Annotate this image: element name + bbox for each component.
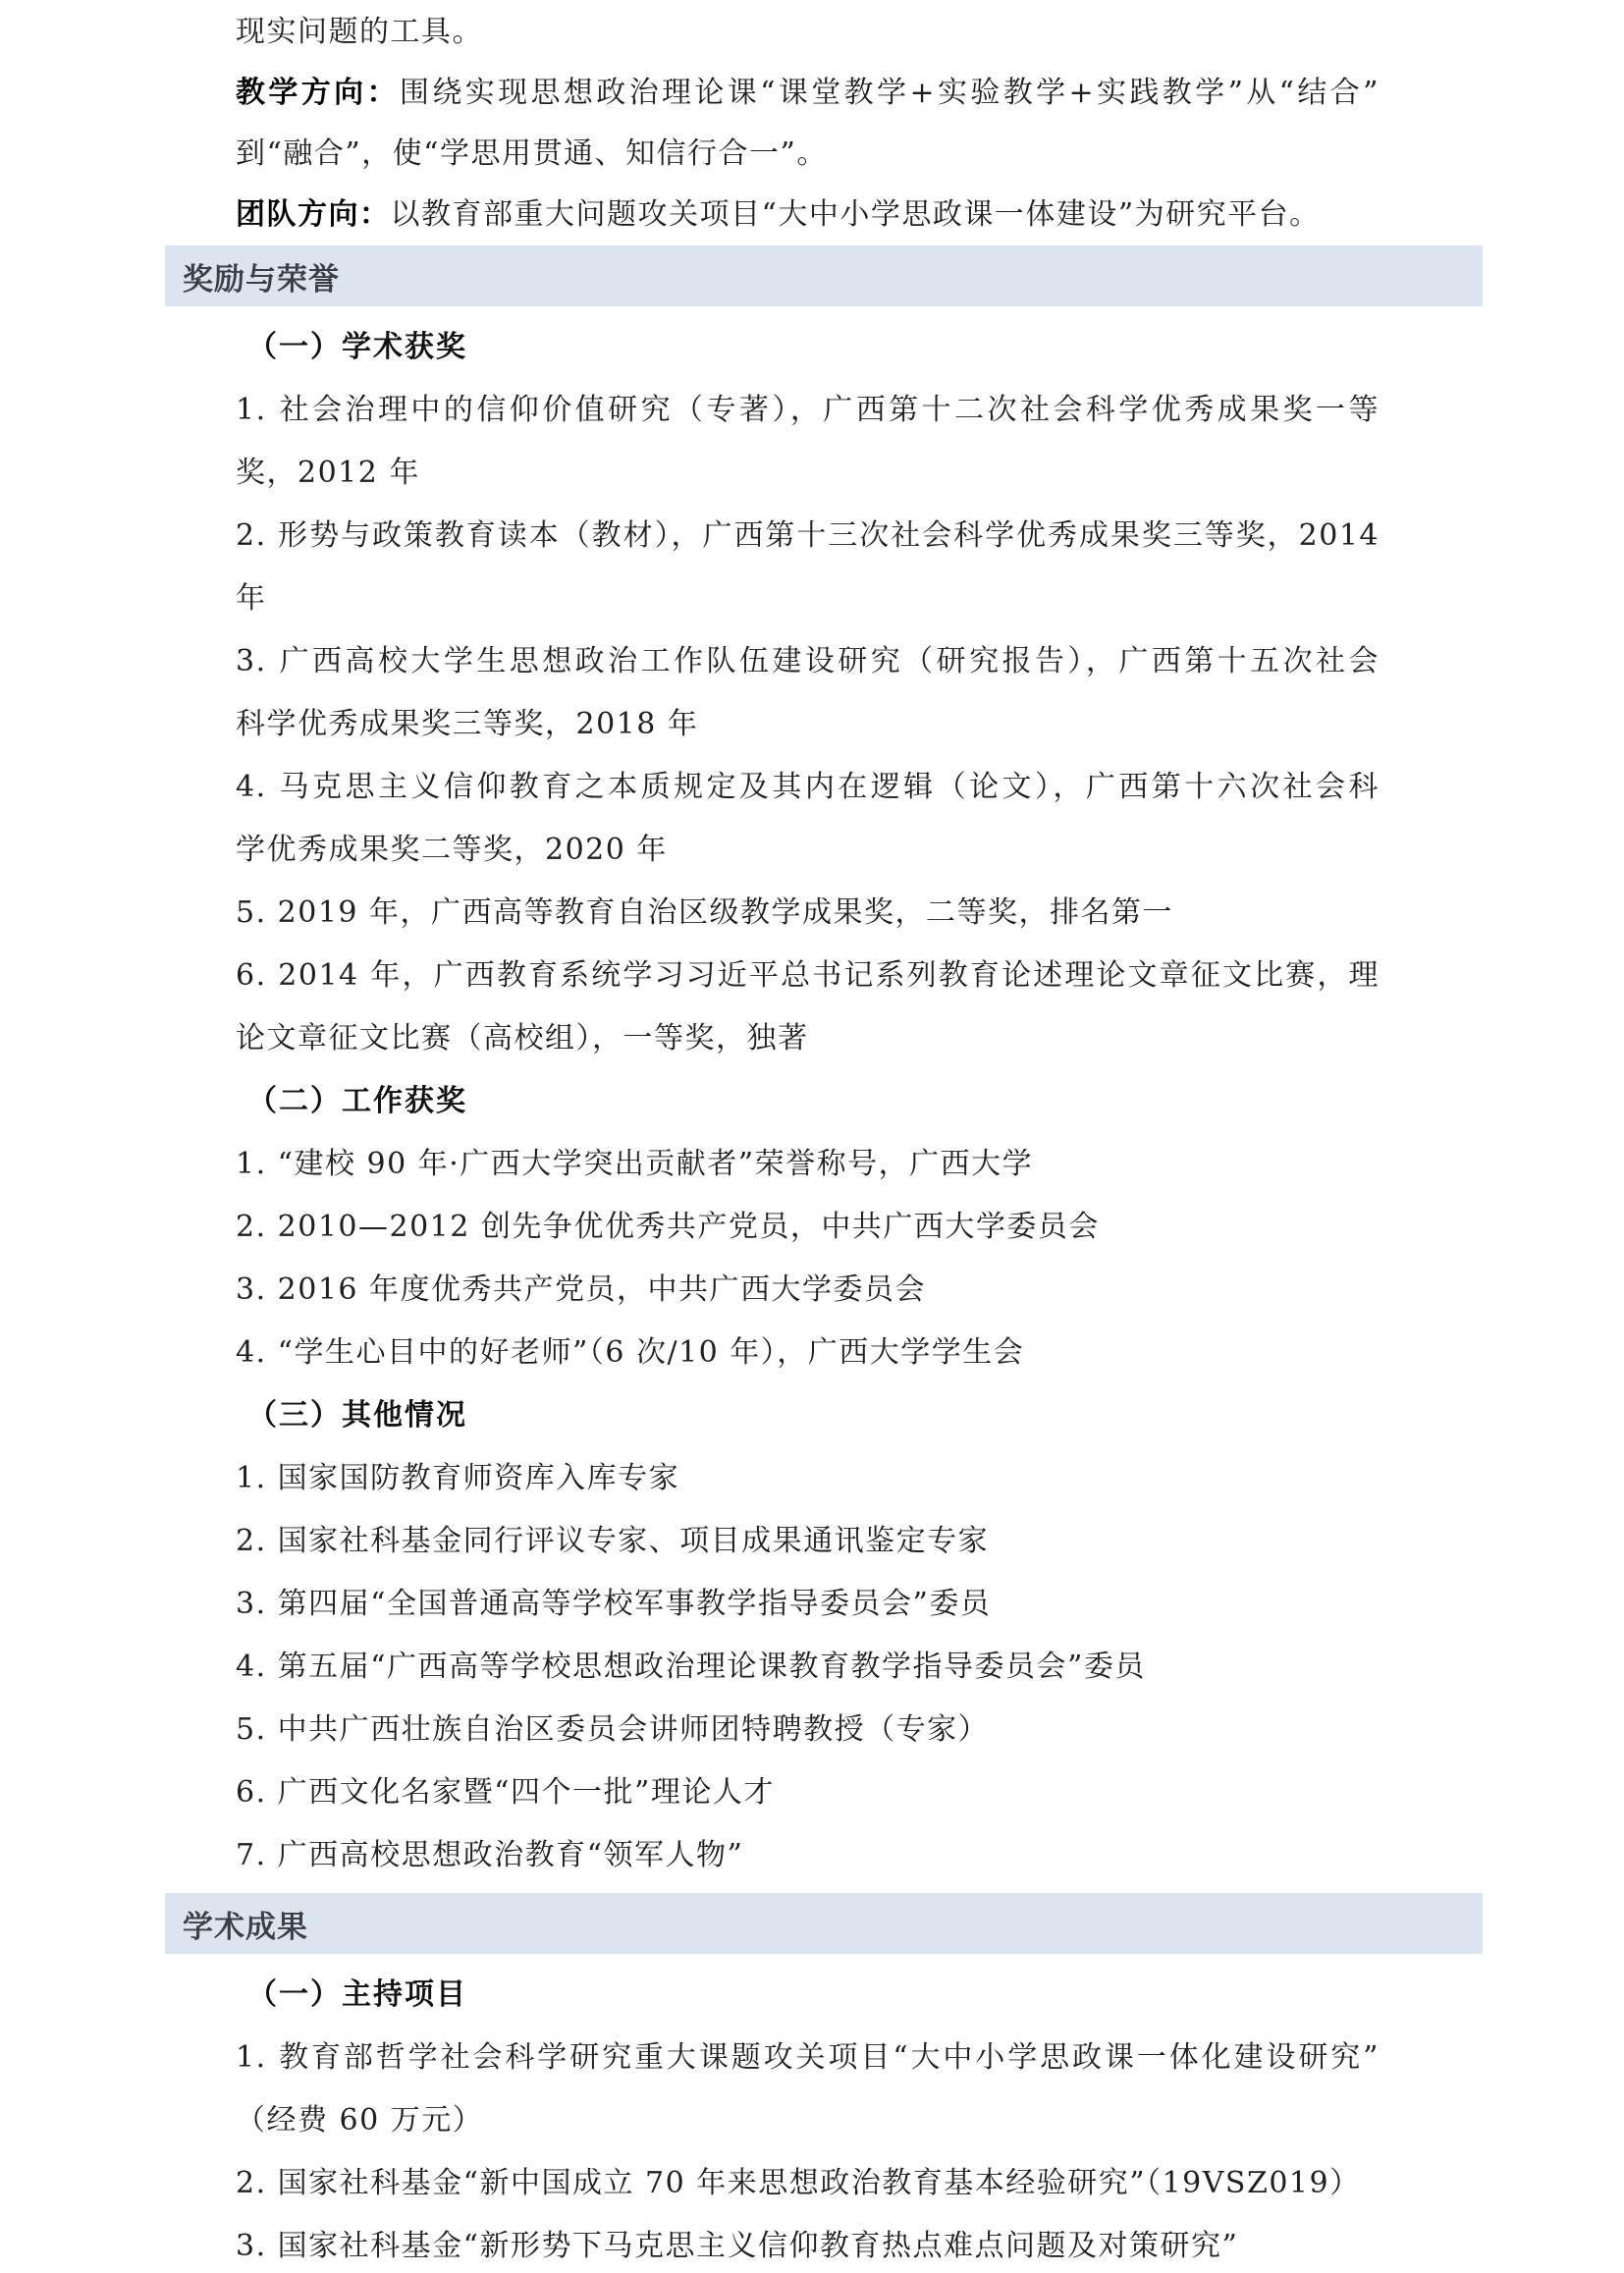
text-line: 7. 广西高校思想政治教育“领军人物” [236,1824,1380,1887]
section-header-band: 学术成果 [165,1893,1483,1954]
text-line: 2. 2010—2012 创先争优优秀共产党员，中共广西大学委员会 [236,1196,1380,1259]
text-line: 4. “学生心目中的好老师”（6 次/10 年），广西大学学生会 [236,1322,1380,1384]
text-line: 现实问题的工具。 [236,2,1380,63]
text-line: 1. “建校 90 年·广西大学突出贡献者”荣誉称号，广西大学 [236,1133,1380,1196]
text-line: 4. 第五届“广西高等学校思想政治理论课教育教学指导委员会”委员 [236,1636,1380,1699]
text-line: 2. 形势与政策教育读本（教材），广西第十三次社会科学优秀成果奖三等奖，2014 [236,505,1380,568]
text-line: （经费 60 万元） [236,2089,1380,2152]
text-line: 1. 教育部哲学社会科学研究重大课题攻关项目“大中小学思政课一体化建设研究” [236,2027,1380,2089]
text-line: 学优秀成果奖二等奖，2020 年 [236,819,1380,882]
text-line: 3. 第四届“全国普通高等学校军事教学指导委员会”委员 [236,1573,1380,1636]
text-line: 奖，2012 年 [236,442,1380,505]
text-line: 1. 社会治理中的信仰价值研究（专著），广西第十二次社会科学优秀成果奖一等 [236,379,1380,442]
text-line: 1. 国家国防教育师资库入库专家 [236,1447,1380,1510]
subsection-heading: （一）主持项目 [247,1964,1380,2027]
text-line: 科学优秀成果奖三等奖，2018 年 [236,693,1380,756]
intro-paragraphs: 现实问题的工具。教学方向：围绕实现思想政治理论课“课堂教学+实验教学+实践教学”… [0,2,1624,245]
text-line: 到“融合”，使“学思用贯通、知信行合一”。 [236,124,1380,185]
section-title: 学术成果 [183,1902,308,1946]
text-line: 6. 广西文化名家暨“四个一批”理论人才 [236,1761,1380,1824]
text-line: 3. 国家社科基金“新形势下马克思主义信仰教育热点难点问题及对策研究” [236,2215,1380,2273]
text-line: 3. 广西高校大学生思想政治工作队伍建设研究（研究报告），广西第十五次社会 [236,630,1380,693]
section-header-band: 奖励与荣誉 [165,245,1483,306]
text-line: 5. 2019 年，广西高等教育自治区级教学成果奖，二等奖，排名第一 [236,882,1380,945]
text-line: 4. 马克思主义信仰教育之本质规定及其内在逻辑（论文），广西第十六次社会科 [236,756,1380,819]
bold-label: 教学方向： [236,76,400,110]
subsection-heading: （一）学术获奖 [247,316,1380,379]
document-page: 现实问题的工具。教学方向：围绕实现思想政治理论课“课堂教学+实验教学+实践教学”… [0,0,1624,2273]
text-line: 团队方向：以教育部重大问题攻关项目“大中小学思政课一体建设”为研究平台。 [236,185,1380,245]
text-line: 教学方向：围绕实现思想政治理论课“课堂教学+实验教学+实践教学”从“结合” [236,63,1380,124]
text-line: 2. 国家社科基金“新中国成立 70 年来思想政治教育基本经验研究”（19VSZ… [236,2152,1380,2215]
subsection-heading: （二）工作获奖 [247,1070,1380,1133]
section-title: 奖励与荣誉 [183,254,340,298]
text-line: 5. 中共广西壮族自治区委员会讲师团特聘教授（专家） [236,1699,1380,1761]
text-line: 年 [236,568,1380,630]
text-line: 6. 2014 年，广西教育系统学习习近平总书记系列教育论述理论文章征文比赛，理 [236,945,1380,1007]
text-line: 论文章征文比赛（高校组），一等奖，独著 [236,1007,1380,1070]
text-line: 3. 2016 年度优秀共产党员，中共广西大学委员会 [236,1259,1380,1322]
bold-label: 团队方向： [236,197,391,232]
document-body: 奖励与荣誉（一）学术获奖1. 社会治理中的信仰价值研究（专著），广西第十二次社会… [0,245,1624,2273]
subsection-heading: （三）其他情况 [247,1384,1380,1447]
text-line: 2. 国家社科基金同行评议专家、项目成果通讯鉴定专家 [236,1510,1380,1573]
